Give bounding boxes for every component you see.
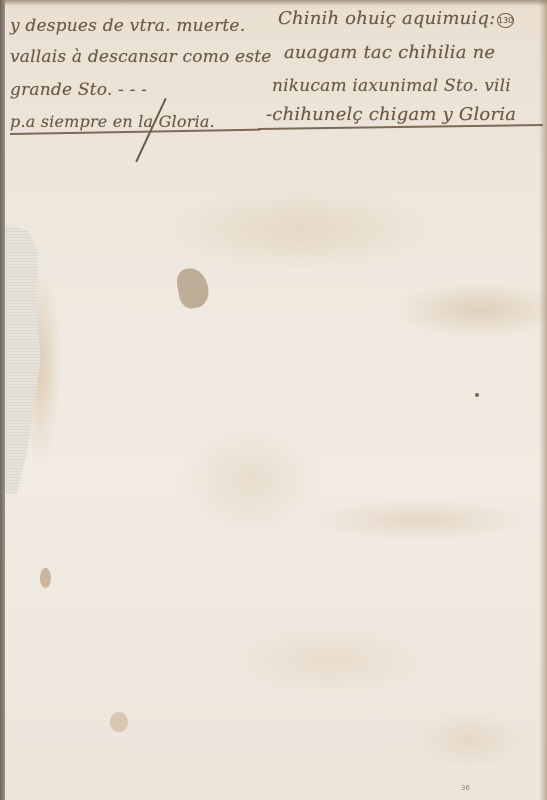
handwritten-line: grande Sto. - - - bbox=[10, 80, 147, 100]
manuscript-page: y despues de vtra. muerte. vallais à des… bbox=[0, 0, 547, 800]
pencil-annotation: 36 bbox=[461, 784, 470, 792]
page-right-edge bbox=[539, 0, 547, 800]
handwritten-line: y despues de vtra. muerte. bbox=[10, 16, 245, 36]
handwritten-line: vallais à descansar como este bbox=[10, 47, 272, 67]
stain-spot bbox=[110, 712, 128, 732]
ink-blot bbox=[175, 266, 211, 311]
handwritten-line: -chihunelç chigam y Gloria bbox=[266, 104, 516, 125]
handwritten-line: auagam tac chihilia ne bbox=[284, 42, 495, 63]
stain-dot bbox=[475, 393, 479, 397]
stain-spot bbox=[40, 568, 51, 588]
folio-number: 130 bbox=[497, 13, 514, 28]
page-top-edge bbox=[0, 0, 547, 6]
handwritten-line: Chinih ohuiç aquimuiq: bbox=[278, 8, 495, 29]
handwritten-line: p.a siempre en la Gloria. bbox=[10, 112, 215, 131]
handwritten-line: nikucam iaxunimal Sto. vili bbox=[272, 76, 511, 96]
